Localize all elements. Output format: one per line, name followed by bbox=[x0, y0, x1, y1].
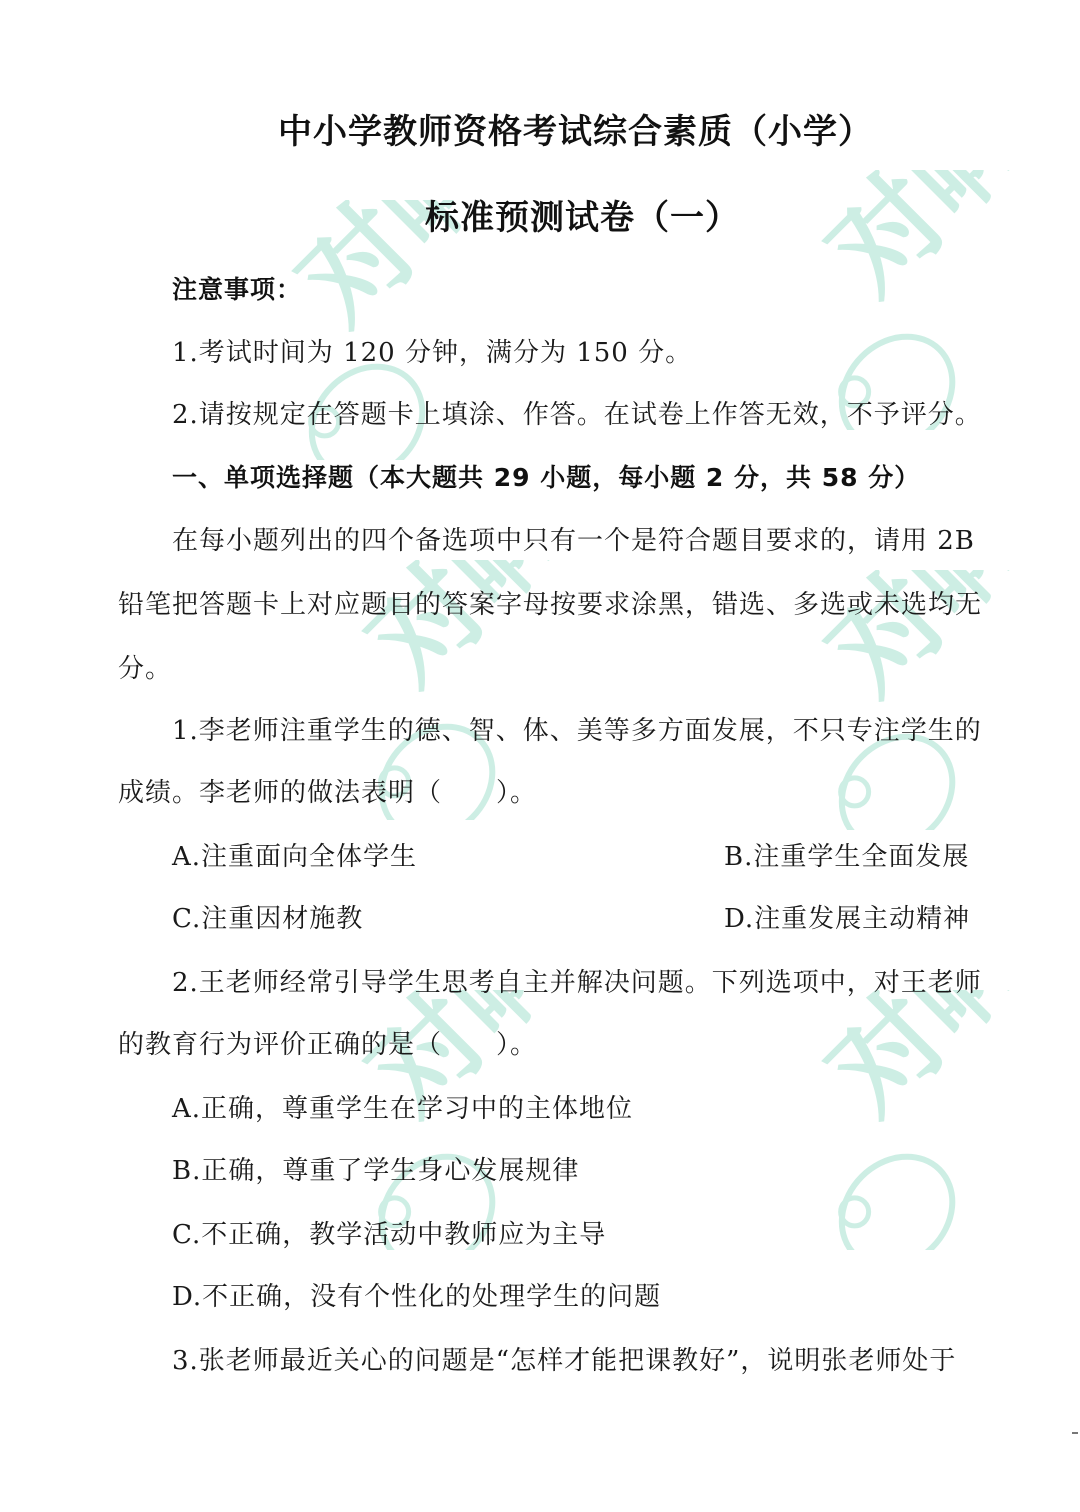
question-1-option-a: A.注重面向全体学生 bbox=[172, 836, 417, 873]
svg-text:对啊: 对啊 bbox=[804, 170, 1020, 318]
question-1-stem: 成绩。李老师的做法表明（ ）。 bbox=[118, 772, 537, 809]
question-2-option-b: B.正确，尊重了学生身心发展规律 bbox=[172, 1150, 579, 1187]
page-edge-mark bbox=[1072, 1432, 1078, 1434]
watermark-frog-logo-icon: 对啊 bbox=[760, 170, 1020, 430]
notice-item: 2.请按规定在答题卡上填涂、作答。在试卷上作答无效，不予评分。 bbox=[172, 394, 982, 431]
document-title: 中小学教师资格考试综合素质（小学） bbox=[278, 104, 873, 153]
question-1-option-c: C.注重因材施教 bbox=[172, 898, 363, 935]
question-1-option-d: D.注重发展主动精神 bbox=[724, 898, 970, 935]
section-instructions: 分。 bbox=[118, 648, 172, 685]
exam-page: 对啊 对啊 对啊 对啊 bbox=[0, 0, 1080, 1512]
notice-heading: 注意事项： bbox=[172, 270, 302, 306]
question-1-option-b: B.注重学生全面发展 bbox=[724, 836, 969, 873]
question-2-option-a: A.正确，尊重学生在学习中的主体地位 bbox=[172, 1088, 633, 1125]
section-instructions: 在每小题列出的四个备选项中只有一个是符合题目要求的，请用 2B bbox=[172, 520, 975, 557]
question-2-option-c: C.不正确，教学活动中教师应为主导 bbox=[172, 1214, 606, 1251]
question-2-stem: 的教育行为评价正确的是（ ）。 bbox=[118, 1024, 537, 1061]
section-heading: 一、单项选择题（本大题共 29 小题，每小题 2 分，共 58 分） bbox=[172, 458, 920, 494]
document-subtitle: 标准预测试卷（一） bbox=[425, 190, 740, 239]
svg-text:对啊: 对啊 bbox=[804, 990, 1020, 1138]
question-2-stem: 2.王老师经常引导学生思考自主并解决问题。下列选项中，对王老师 bbox=[172, 962, 982, 999]
question-3-stem: 3.张老师最近关心的问题是“怎样才能把课教好”，说明张老师处于 bbox=[172, 1340, 956, 1377]
notice-item: 1.考试时间为 120 分钟，满分为 150 分。 bbox=[172, 332, 692, 369]
question-1-stem: 1.李老师注重学生的德、智、体、美等多方面发展，不只专注学生的 bbox=[172, 710, 982, 747]
question-2-option-d: D.不正确，没有个性化的处理学生的问题 bbox=[172, 1276, 661, 1313]
watermark-frog-logo-icon: 对啊 bbox=[760, 990, 1020, 1250]
svg-text:对啊: 对啊 bbox=[344, 560, 560, 708]
section-instructions: 铅笔把答题卡上对应题目的答案字母按要求涂黑，错选、多选或未选均无 bbox=[118, 584, 982, 621]
